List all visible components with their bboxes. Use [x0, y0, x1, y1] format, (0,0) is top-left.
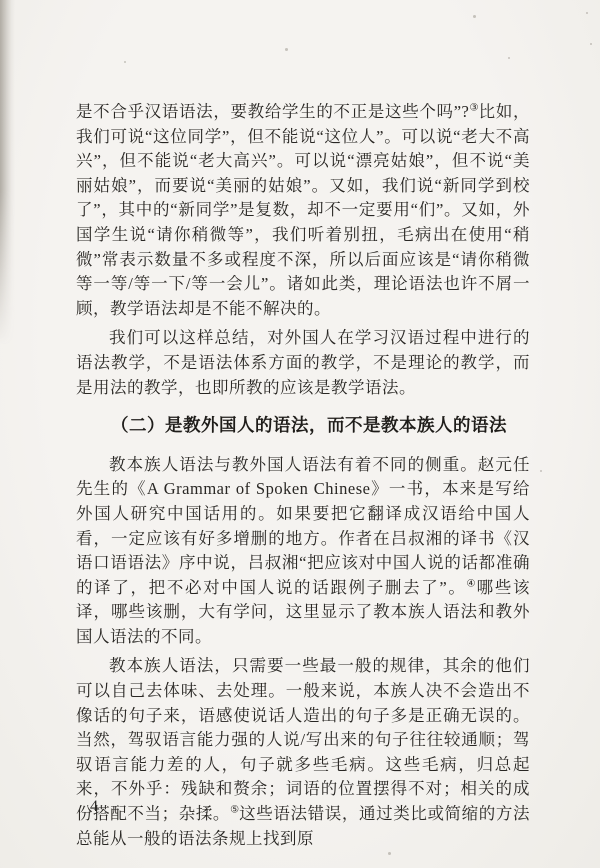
paragraph-summary: 我们可以这样总结，对外国人在学习汉语过程中进行的语法教学，不是语法体系方面的教学…	[76, 326, 530, 400]
paper-speck	[473, 15, 476, 18]
scanned-book-page: 是不合乎汉语语法，要教给学生的不正是这些个吗”?③比如，我们可说“这位同学”，但…	[0, 0, 600, 868]
footnote-marker: ④	[467, 578, 477, 589]
text-block: 是不合乎汉语语法，要教给学生的不正是这些个吗”?③比如，我们可说“这位同学”，但…	[76, 100, 530, 856]
paper-speck	[540, 470, 542, 472]
paper-speck	[285, 48, 288, 51]
scan-edge-artifact	[0, 0, 15, 345]
paper-speck	[124, 61, 126, 63]
section-heading: （二）是教外国人的语法，而不是教本族人的语法	[76, 413, 530, 438]
paragraph-continuation: 是不合乎汉语语法，要教给学生的不正是这些个吗”?③比如，我们可说“这位同学”，但…	[76, 100, 530, 321]
footnote-marker: ③	[469, 103, 478, 114]
paragraph-native-vs-foreign: 教本族人语法与教外国人语法有着不同的侧重。赵元任先生的《A Grammar of…	[76, 453, 530, 650]
paragraph-native-grammar: 教本族人语法，只需要一些最一般的规律，其余的他们可以自己去体味、去处理。一般来说…	[76, 654, 530, 851]
paper-speck	[586, 12, 588, 14]
footnote-marker: ⑤	[230, 805, 239, 816]
paper-speck	[590, 43, 592, 45]
page-number: 4	[90, 798, 98, 816]
paper-speck	[508, 57, 510, 59]
